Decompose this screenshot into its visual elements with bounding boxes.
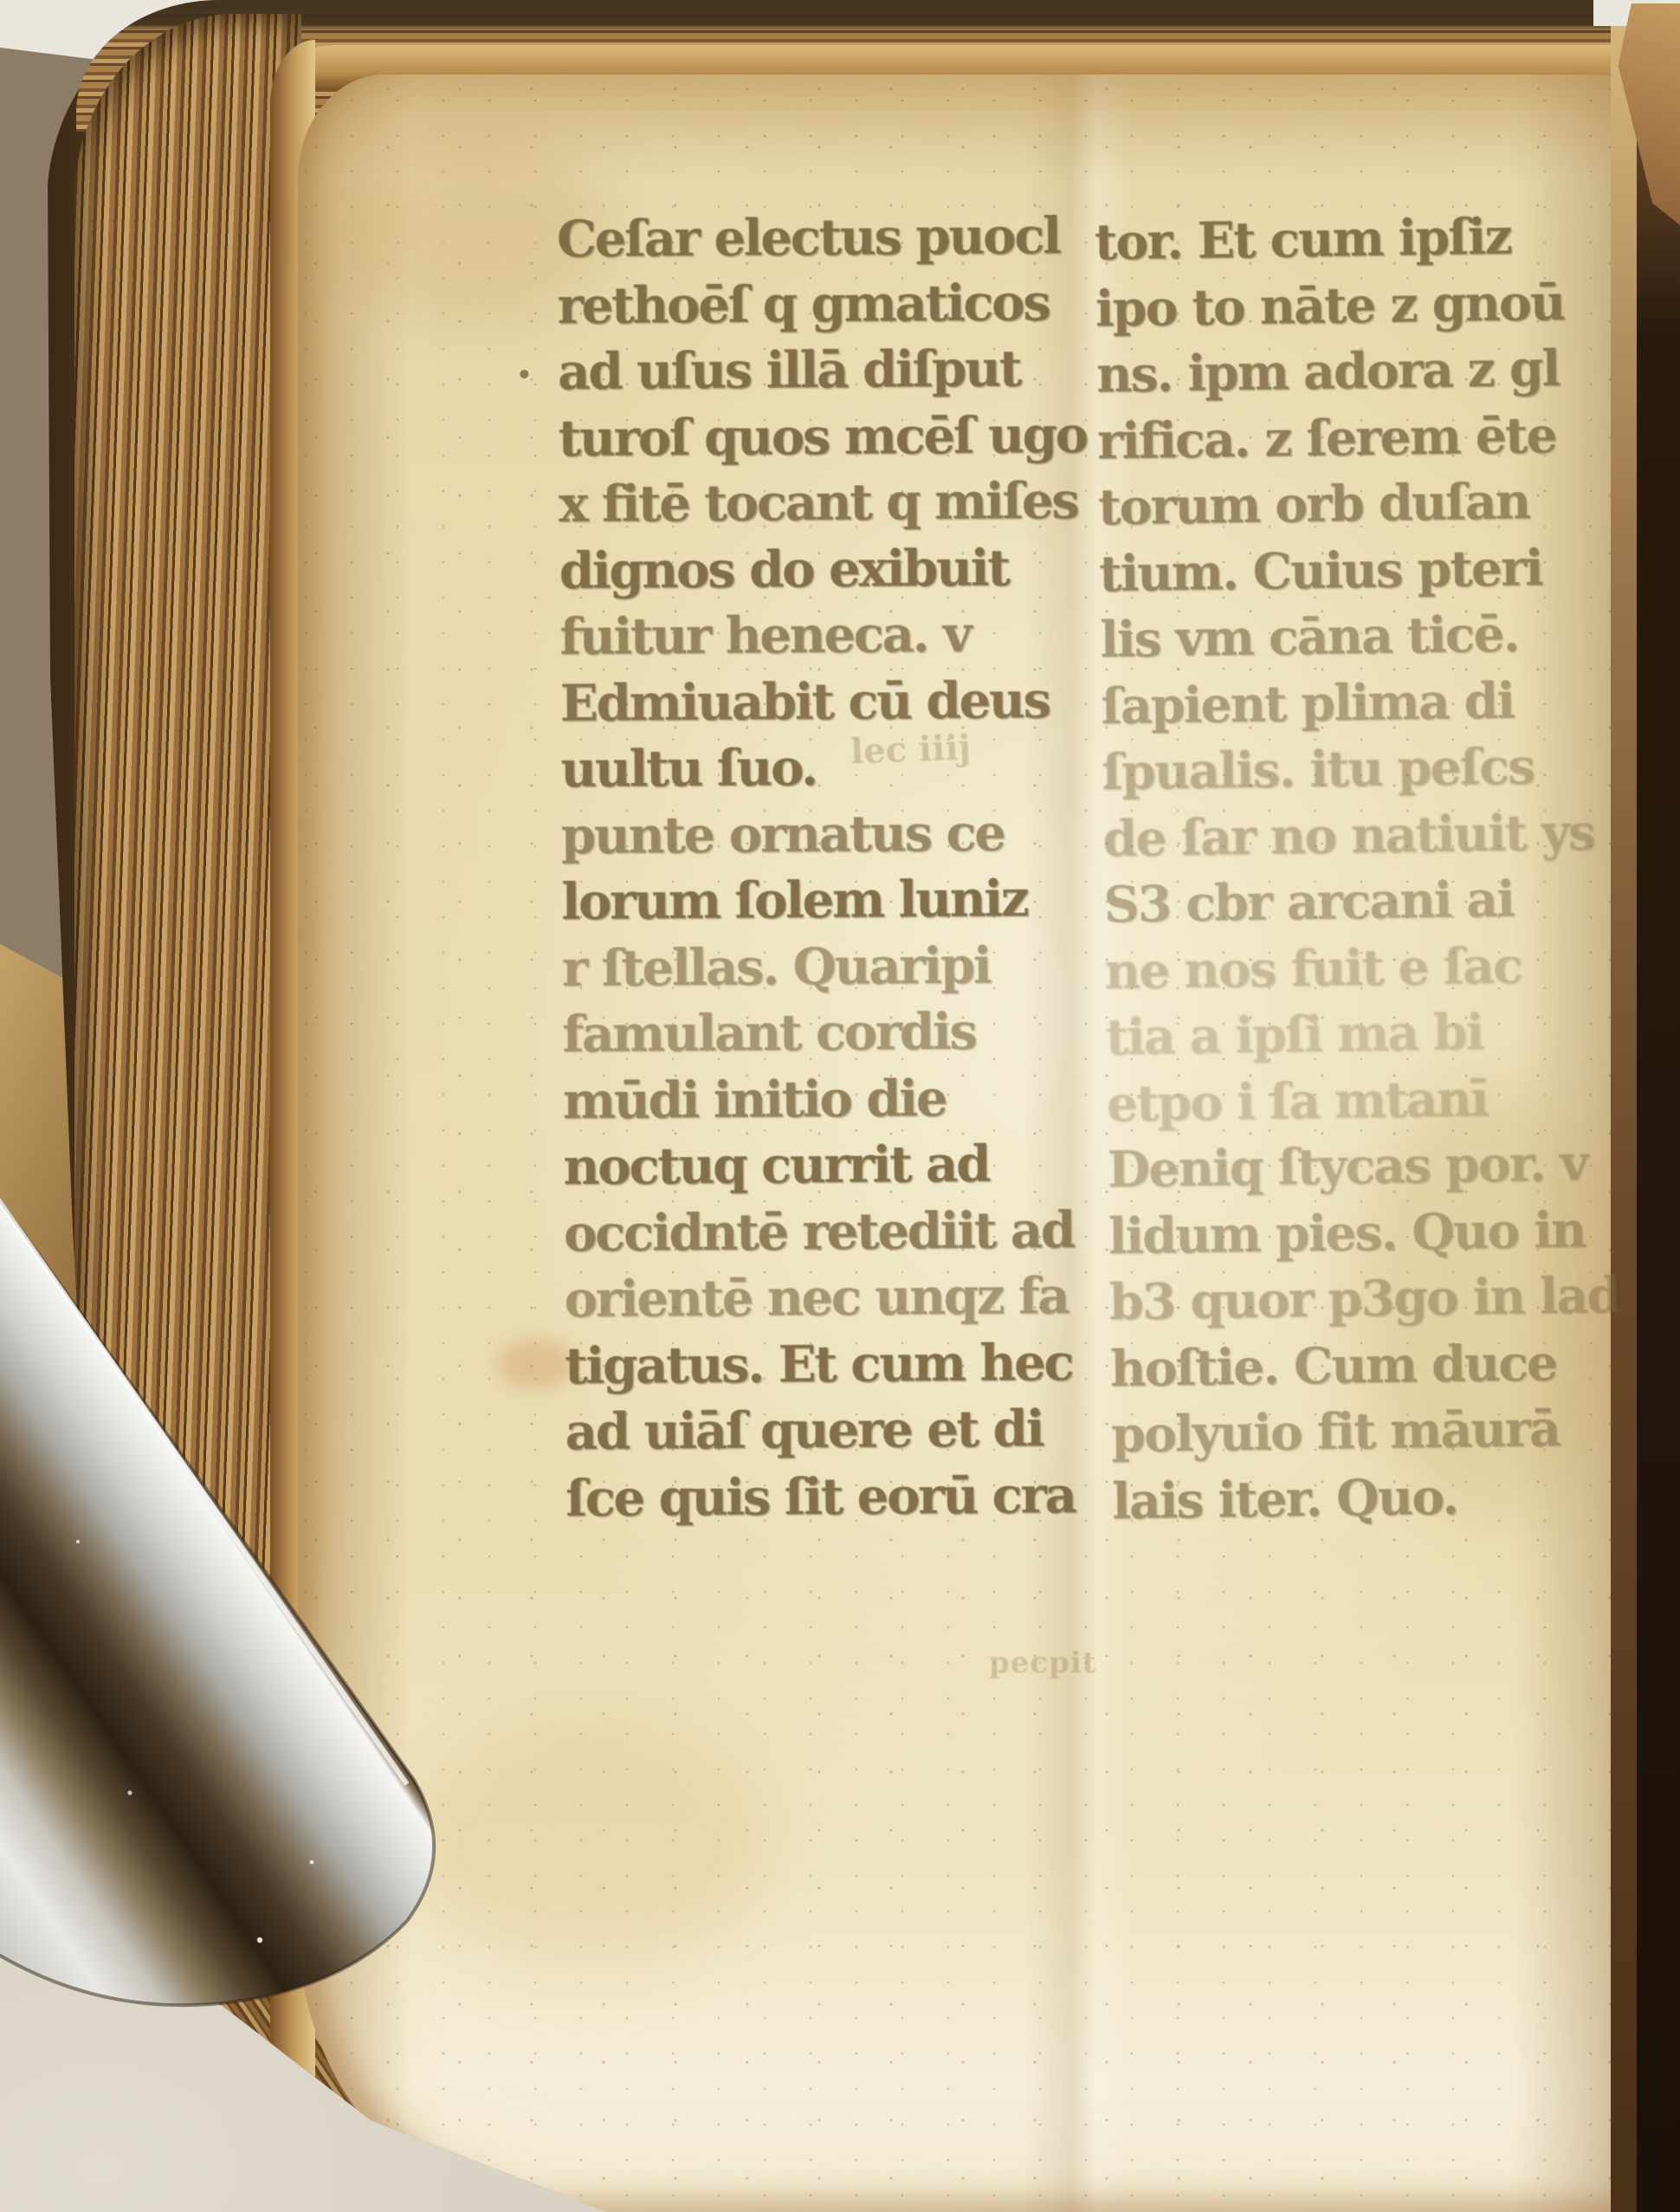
glint <box>127 1790 132 1795</box>
spatula-blade <box>0 1152 434 2005</box>
glint <box>310 1860 314 1865</box>
metal-spatula-tool <box>0 0 1680 2212</box>
glint <box>257 1937 262 1943</box>
manuscript-photo: Ceſar electus puocl rethoēſ q gmaticos a… <box>0 0 1680 2212</box>
glint <box>76 1540 80 1543</box>
